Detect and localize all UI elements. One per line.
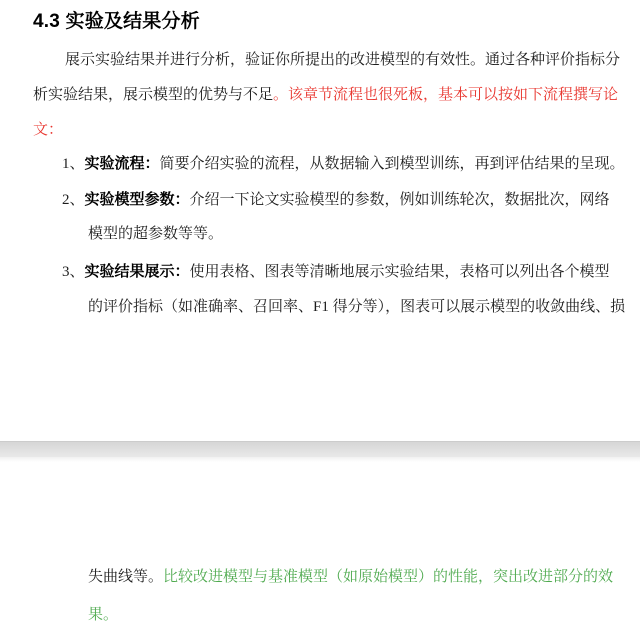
list-number: 3、 [62, 264, 85, 280]
list-item-label: 实验模型参数： [85, 192, 190, 208]
green-annotation-text: 果。 [88, 607, 118, 623]
list-item-3-continuation: 的评价指标（如准确率、召回率、F1 得分等），图表可以展示模型的收敛曲线、损 [88, 297, 625, 317]
list-item-text: 的评价指标（如准确率、召回率、F1 得分等），图表可以展示模型的收敛曲线、损 [88, 299, 625, 315]
paragraph-text: 展示实验结果并进行分析，验证你所提出的改进模型的有效性。通过各种评价指标分 [65, 52, 620, 68]
paragraph-line-3: 文： [33, 120, 63, 140]
red-annotation-text: 文： [33, 122, 63, 138]
green-annotation-text: 比较改进模型与基准模型（如原始模型）的性能，突出改进部分的效 [163, 569, 613, 585]
list-item-3: 3、实验结果展示：使用表格、图表等清晰地展示实验结果，表格可以列出各个模型 [62, 262, 610, 282]
list-number: 1、 [62, 156, 85, 172]
paragraph-line-2: 析实验结果，展示模型的优势与不足。该章节流程也很死板，基本可以按如下流程撰写论 [33, 85, 618, 105]
document-view: 4.3 实验及结果分析 展示实验结果并进行分析，验证你所提出的改进模型的有效性。… [0, 0, 640, 640]
list-item-1: 1、实验流程：简要介绍实验的流程，从数据输入到模型训练，再到评估结果的呈现。 [62, 154, 625, 174]
red-annotation-text: 。该章节流程也很死板，基本可以按如下流程撰写论 [273, 87, 618, 103]
list-item-text: 介绍一下论文实验模型的参数，例如训练轮次，数据批次，网络 [190, 192, 610, 208]
list-item-label: 实验结果展示： [85, 264, 190, 280]
page-2: 失曲线等。比较改进模型与基准模型（如原始模型）的性能，突出改进部分的效 果。 [0, 457, 640, 640]
page2-line-1: 失曲线等。比较改进模型与基准模型（如原始模型）的性能，突出改进部分的效 [88, 567, 613, 587]
list-item-2-continuation: 模型的超参数等等。 [88, 224, 223, 244]
paragraph-line-1: 展示实验结果并进行分析，验证你所提出的改进模型的有效性。通过各种评价指标分 [65, 50, 620, 70]
list-item-text: 失曲线等。 [88, 569, 163, 585]
page-break-gap [0, 441, 640, 457]
list-item-2: 2、实验模型参数：介绍一下论文实验模型的参数，例如训练轮次，数据批次，网络 [62, 190, 610, 210]
list-number: 2、 [62, 192, 85, 208]
page2-line-2: 果。 [88, 605, 118, 625]
paragraph-text: 析实验结果，展示模型的优势与不足 [33, 87, 273, 103]
section-heading: 4.3 实验及结果分析 [33, 6, 200, 33]
page-1: 4.3 实验及结果分析 展示实验结果并进行分析，验证你所提出的改进模型的有效性。… [0, 0, 640, 441]
list-item-label: 实验流程： [85, 156, 160, 172]
list-item-text: 使用表格、图表等清晰地展示实验结果，表格可以列出各个模型 [190, 264, 610, 280]
list-item-text: 简要介绍实验的流程，从数据输入到模型训练，再到评估结果的呈现。 [160, 156, 625, 172]
list-item-text: 模型的超参数等等。 [88, 226, 223, 242]
